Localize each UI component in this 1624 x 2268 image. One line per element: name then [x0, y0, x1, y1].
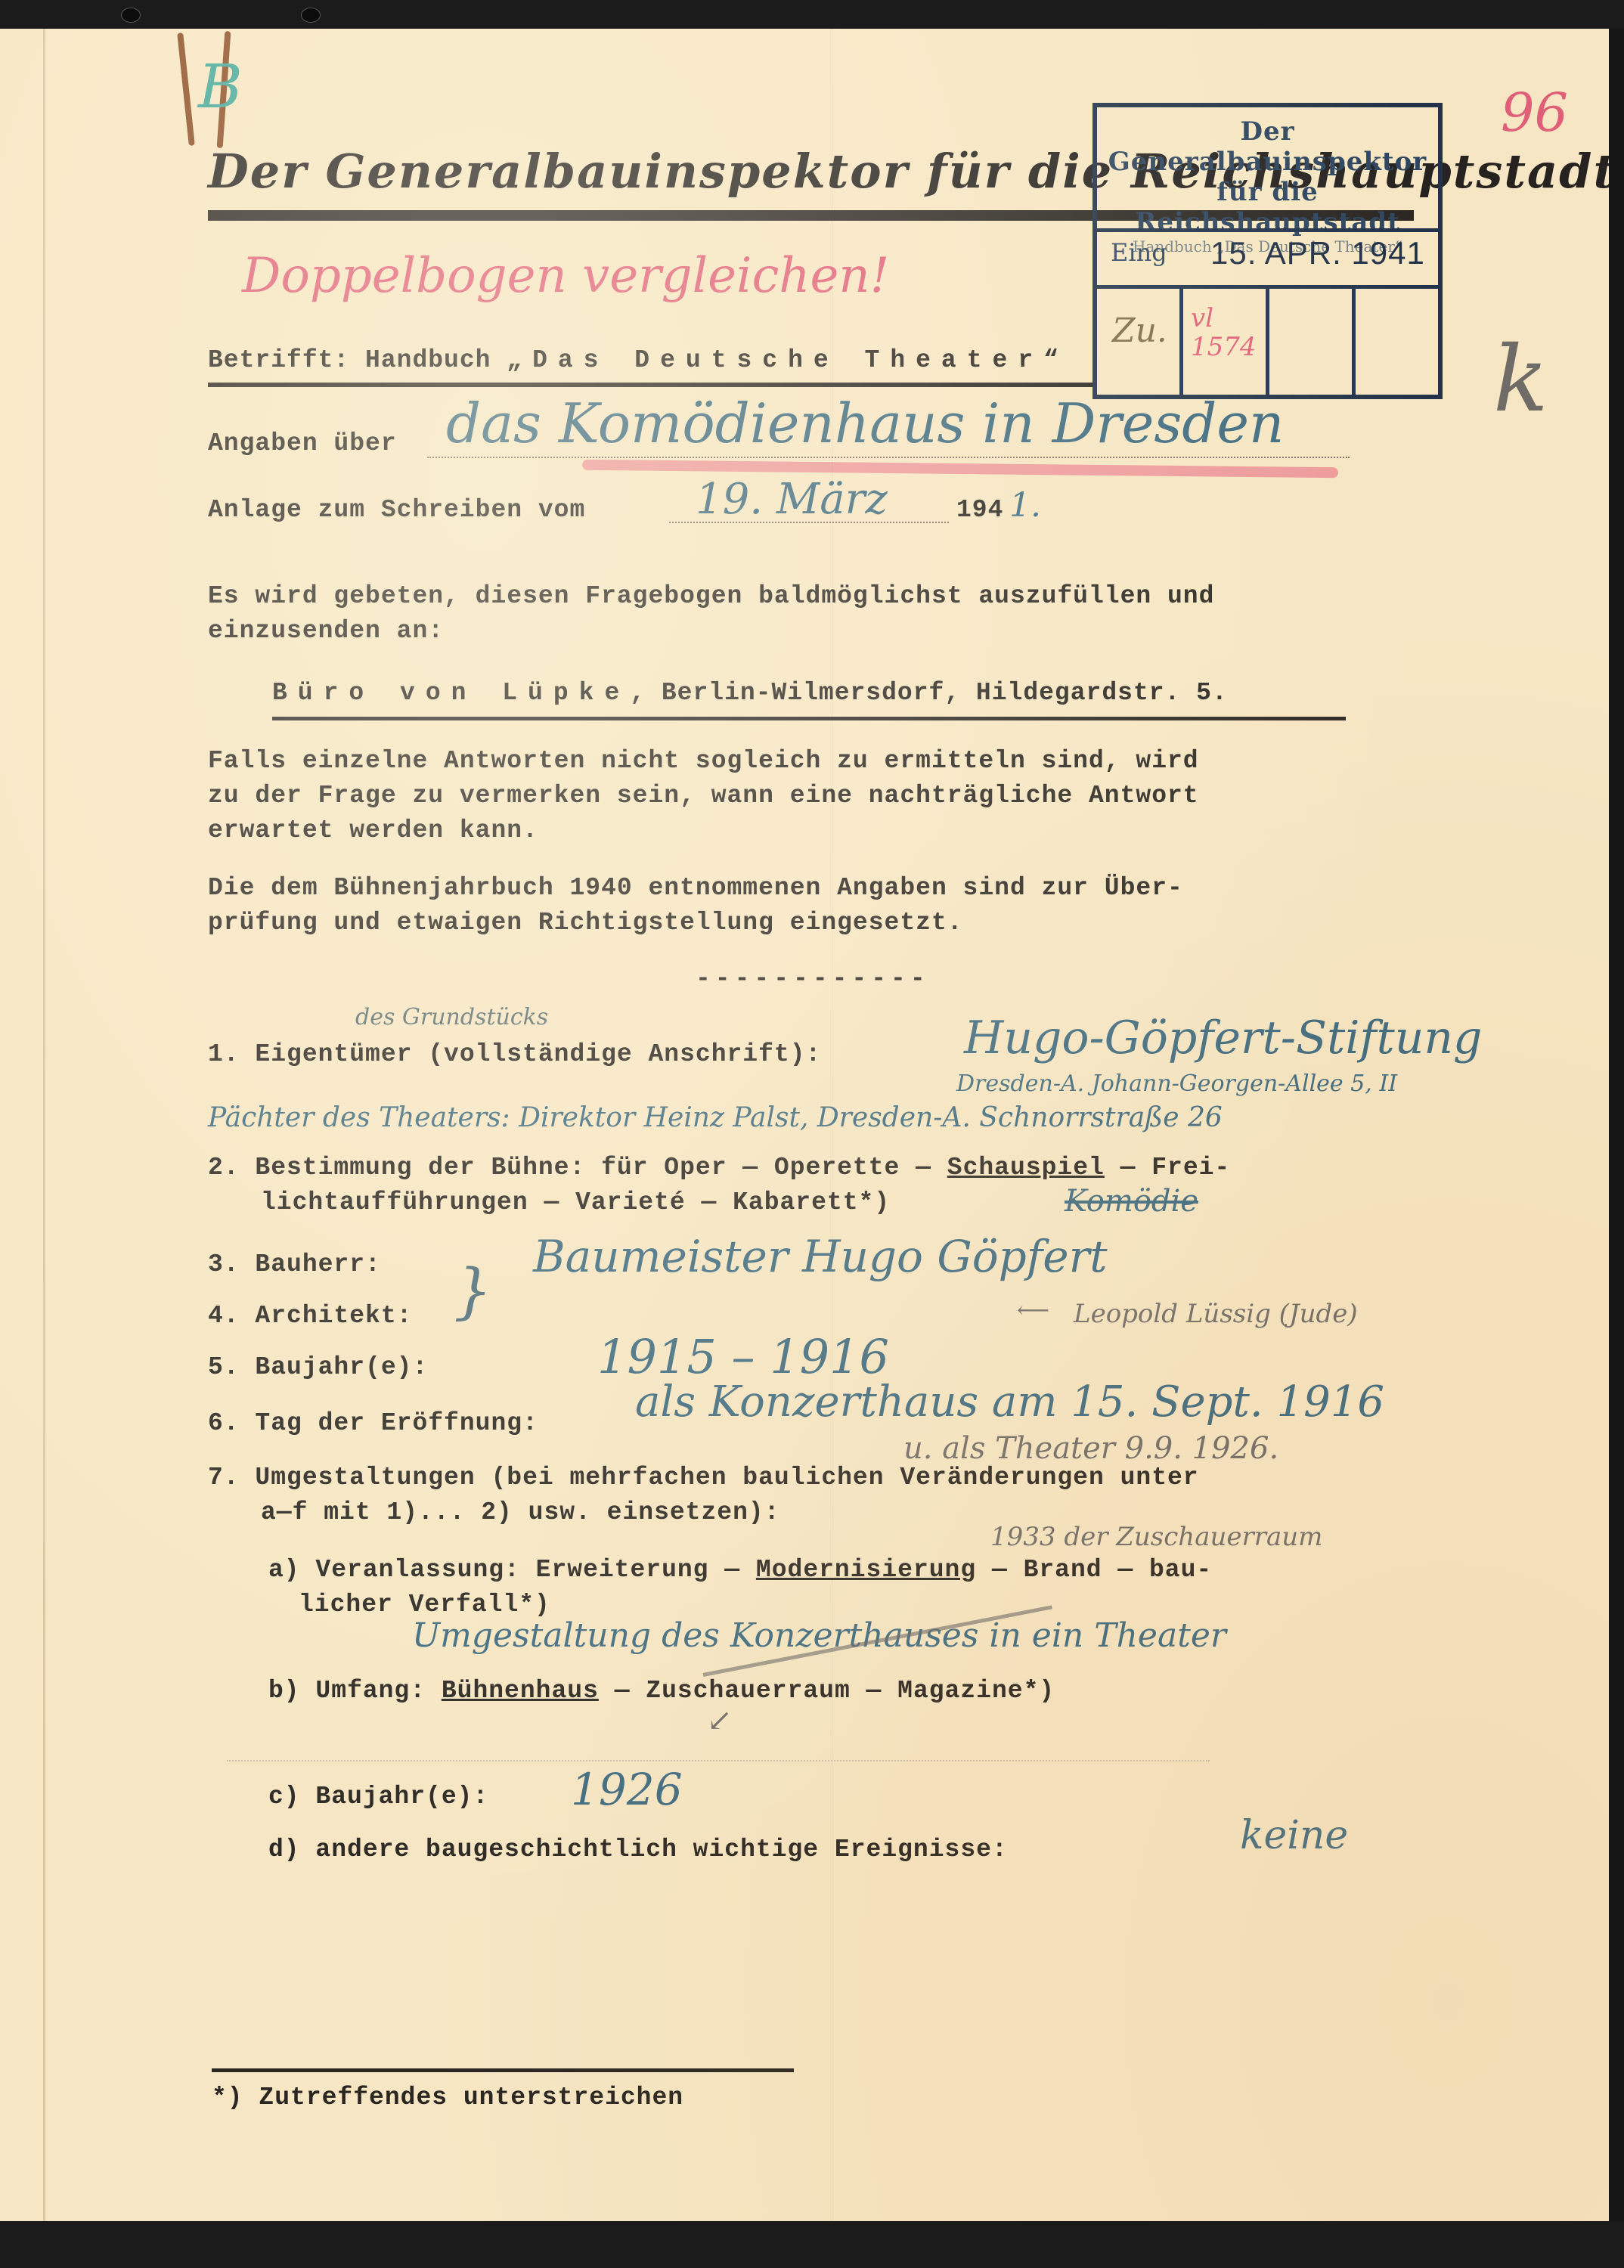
q7-line2: a—f mit 1)... 2) usw. einsetzen):: [261, 1498, 780, 1526]
section-divider: ------------: [696, 965, 930, 993]
instructions-para1-line1: Es wird gebeten, diesen Fragebogen baldm…: [208, 582, 1214, 610]
q4-arrow-icon: ⟵: [1017, 1297, 1049, 1324]
q7a-prefix: a) Veranlassung: Erweiterung —: [268, 1556, 756, 1584]
address-rest: , Berlin-Wilmersdorf, Hildegardstr. 5.: [630, 679, 1228, 707]
instructions-para3-line1: Die dem Bühnenjahrbuch 1940 entnommenen …: [208, 874, 1183, 902]
q1-insert-note: des Grundstücks: [355, 1004, 548, 1030]
stamp-cell-4: [1356, 289, 1438, 395]
q1-answer-address: Dresden-A. Johann-Georgen-Allee 5, II: [956, 1070, 1397, 1097]
stamp-line-1: Der Generalbauinspektor: [1097, 116, 1438, 177]
footnote-rule: [212, 2068, 794, 2072]
angaben-label: Angaben über: [208, 429, 397, 457]
stamp-cell-3: [1269, 289, 1356, 395]
address-line: Büro von Lüpke, Berlin-Wilmersdorf, Hild…: [272, 679, 1228, 707]
stamp-cells: Zu. vl 1574: [1097, 289, 1438, 395]
q5-label: 5. Baujahr(e):: [208, 1353, 428, 1381]
q7b-underlined-option: Bühnenhaus: [442, 1677, 599, 1705]
scan-backdrop-right: [1609, 29, 1624, 2221]
q7a-underlined-option: Modernisierung: [756, 1556, 976, 1584]
q3-label: 3. Bauherr:: [208, 1250, 381, 1278]
anlage-label: Anlage zum Schreiben vom: [208, 496, 585, 524]
angaben-dotted-line: [427, 457, 1350, 458]
q3-answer: Baumeister Hugo Göpfert: [533, 1231, 1108, 1282]
q2-line1-prefix: 2. Bestimmung der Bühne: für Oper — Oper…: [208, 1154, 947, 1182]
stamp-cell-note: vl 1574: [1191, 304, 1259, 361]
stamp-received-date: 15. APR. 1941: [1210, 235, 1425, 271]
instructions-para2-line1: Falls einzelne Antworten nicht sogleich …: [208, 747, 1199, 775]
stamp-date-row: Eing 15. APR. 1941: [1097, 228, 1438, 289]
document-page: B Der Generalbauinspektor für die Reichs…: [0, 29, 1609, 2221]
q3-q4-brace: }: [454, 1238, 492, 1344]
q7b-prefix: b) Umfang:: [268, 1677, 442, 1705]
q2-line1-suffix: — Frei-: [1105, 1154, 1230, 1182]
q4-label: 4. Architekt:: [208, 1302, 412, 1330]
teal-initial-mark: B: [198, 51, 243, 122]
q1-label: 1. Eigentümer (vollständige Anschrift):: [208, 1040, 821, 1068]
q2-underlined-option: Schauspiel: [947, 1154, 1105, 1182]
q6-answer-line2: u. als Theater 9.9. 1926.: [903, 1431, 1278, 1466]
pencil-arrow-icon: ↙: [707, 1703, 733, 1738]
address-name: Büro von Lüpke: [272, 679, 630, 707]
address-underline: [272, 717, 1346, 720]
stamp-cell-2: vl 1574: [1183, 289, 1269, 395]
scan-backdrop-top: [0, 0, 1624, 29]
q7a-line2: licher Verfall*): [299, 1591, 550, 1619]
brown-crayon-mark: [177, 33, 195, 146]
stamp-received-label: Eing: [1111, 238, 1167, 267]
stamp-cell-note: Zu.: [1112, 311, 1167, 350]
q2-handwritten-addition: Komödie: [1065, 1184, 1198, 1219]
received-stamp: Der Generalbauinspektor für die Reichsha…: [1092, 103, 1443, 399]
q5-answer: 1915 – 1916: [597, 1329, 889, 1384]
subject-label: Betrifft: Handbuch: [208, 346, 507, 374]
q7d-label: d) andere baugeschichtlich wichtige Erei…: [268, 1836, 1008, 1864]
q6-label: 6. Tag der Eröffnung:: [208, 1409, 538, 1437]
scan-backdrop-bottom: [0, 2221, 1624, 2268]
backdrop-hole: [121, 8, 141, 23]
q2-line2: lichtaufführungen — Varieté — Kabarett*): [261, 1188, 890, 1216]
subject-underline: [208, 383, 1092, 387]
q4-answer: Leopold Lüssig (Jude): [1074, 1299, 1358, 1329]
q7-line1: 7. Umgestaltungen (bei mehrfachen baulic…: [208, 1464, 1199, 1492]
q7a-handwritten-answer: Umgestaltung des Konzerthauses in ein Th…: [412, 1616, 1226, 1655]
q7a-suffix: — Brand — bau-: [976, 1556, 1212, 1584]
q7b-line: b) Umfang: Bühnenhaus — Zuschauerraum — …: [268, 1677, 1055, 1705]
red-number-mark: 96: [1501, 82, 1568, 144]
anlage-year-handwritten: 1.: [1009, 486, 1041, 525]
anlage-year-typed: 194: [956, 496, 1003, 524]
subject-title: „Das Deutsche Theater“: [507, 346, 1069, 374]
stamp-cell-1: Zu.: [1097, 289, 1183, 395]
q7c-answer: 1926: [571, 1764, 683, 1815]
anlage-handwritten-date: 19. März: [696, 475, 888, 524]
instructions-para3-line2: prüfung und etwaigen Richtigstellung ein…: [208, 909, 963, 937]
backdrop-hole: [301, 8, 321, 23]
page-fold-line: [43, 29, 45, 2221]
pencil-check-mark: k: [1493, 327, 1548, 432]
q7b-suffix: — Zuschauerraum — Magazine*): [599, 1677, 1055, 1705]
footnote-text: *) Zutreffendes unterstreichen: [212, 2084, 683, 2112]
q1-tenant-note: Pächter des Theaters: Direktor Heinz Pal…: [208, 1102, 1223, 1133]
q1-answer: Hugo-Göpfert-Stiftung: [964, 1012, 1482, 1064]
instructions-para1-line2: einzusenden an:: [208, 617, 444, 645]
q7c-label: c) Baujahr(e):: [268, 1783, 488, 1811]
instructions-para2-line2: zu der Frage zu vermerken sein, wann ein…: [208, 782, 1199, 810]
instructions-para2-line3: erwartet werden kann.: [208, 816, 538, 844]
red-handwritten-note: Doppelbogen vergleichen!: [242, 248, 889, 304]
q6-answer-line1: als Konzerthaus am 15. Sept. 1916: [635, 1377, 1384, 1427]
q7d-answer: keine: [1240, 1813, 1348, 1858]
subject-line: Betrifft: Handbuch „Das Deutsche Theater…: [208, 346, 1069, 374]
angaben-handwritten-value: das Komödienhaus in Dresden: [446, 392, 1284, 455]
q7a-line1: a) Veranlassung: Erweiterung — Modernisi…: [268, 1556, 1212, 1584]
faint-dotted-line: [227, 1760, 1210, 1761]
q7a-pencil-note: 1933 der Zuschauerraum: [990, 1522, 1322, 1552]
q2-line1: 2. Bestimmung der Bühne: für Oper — Oper…: [208, 1154, 1230, 1182]
